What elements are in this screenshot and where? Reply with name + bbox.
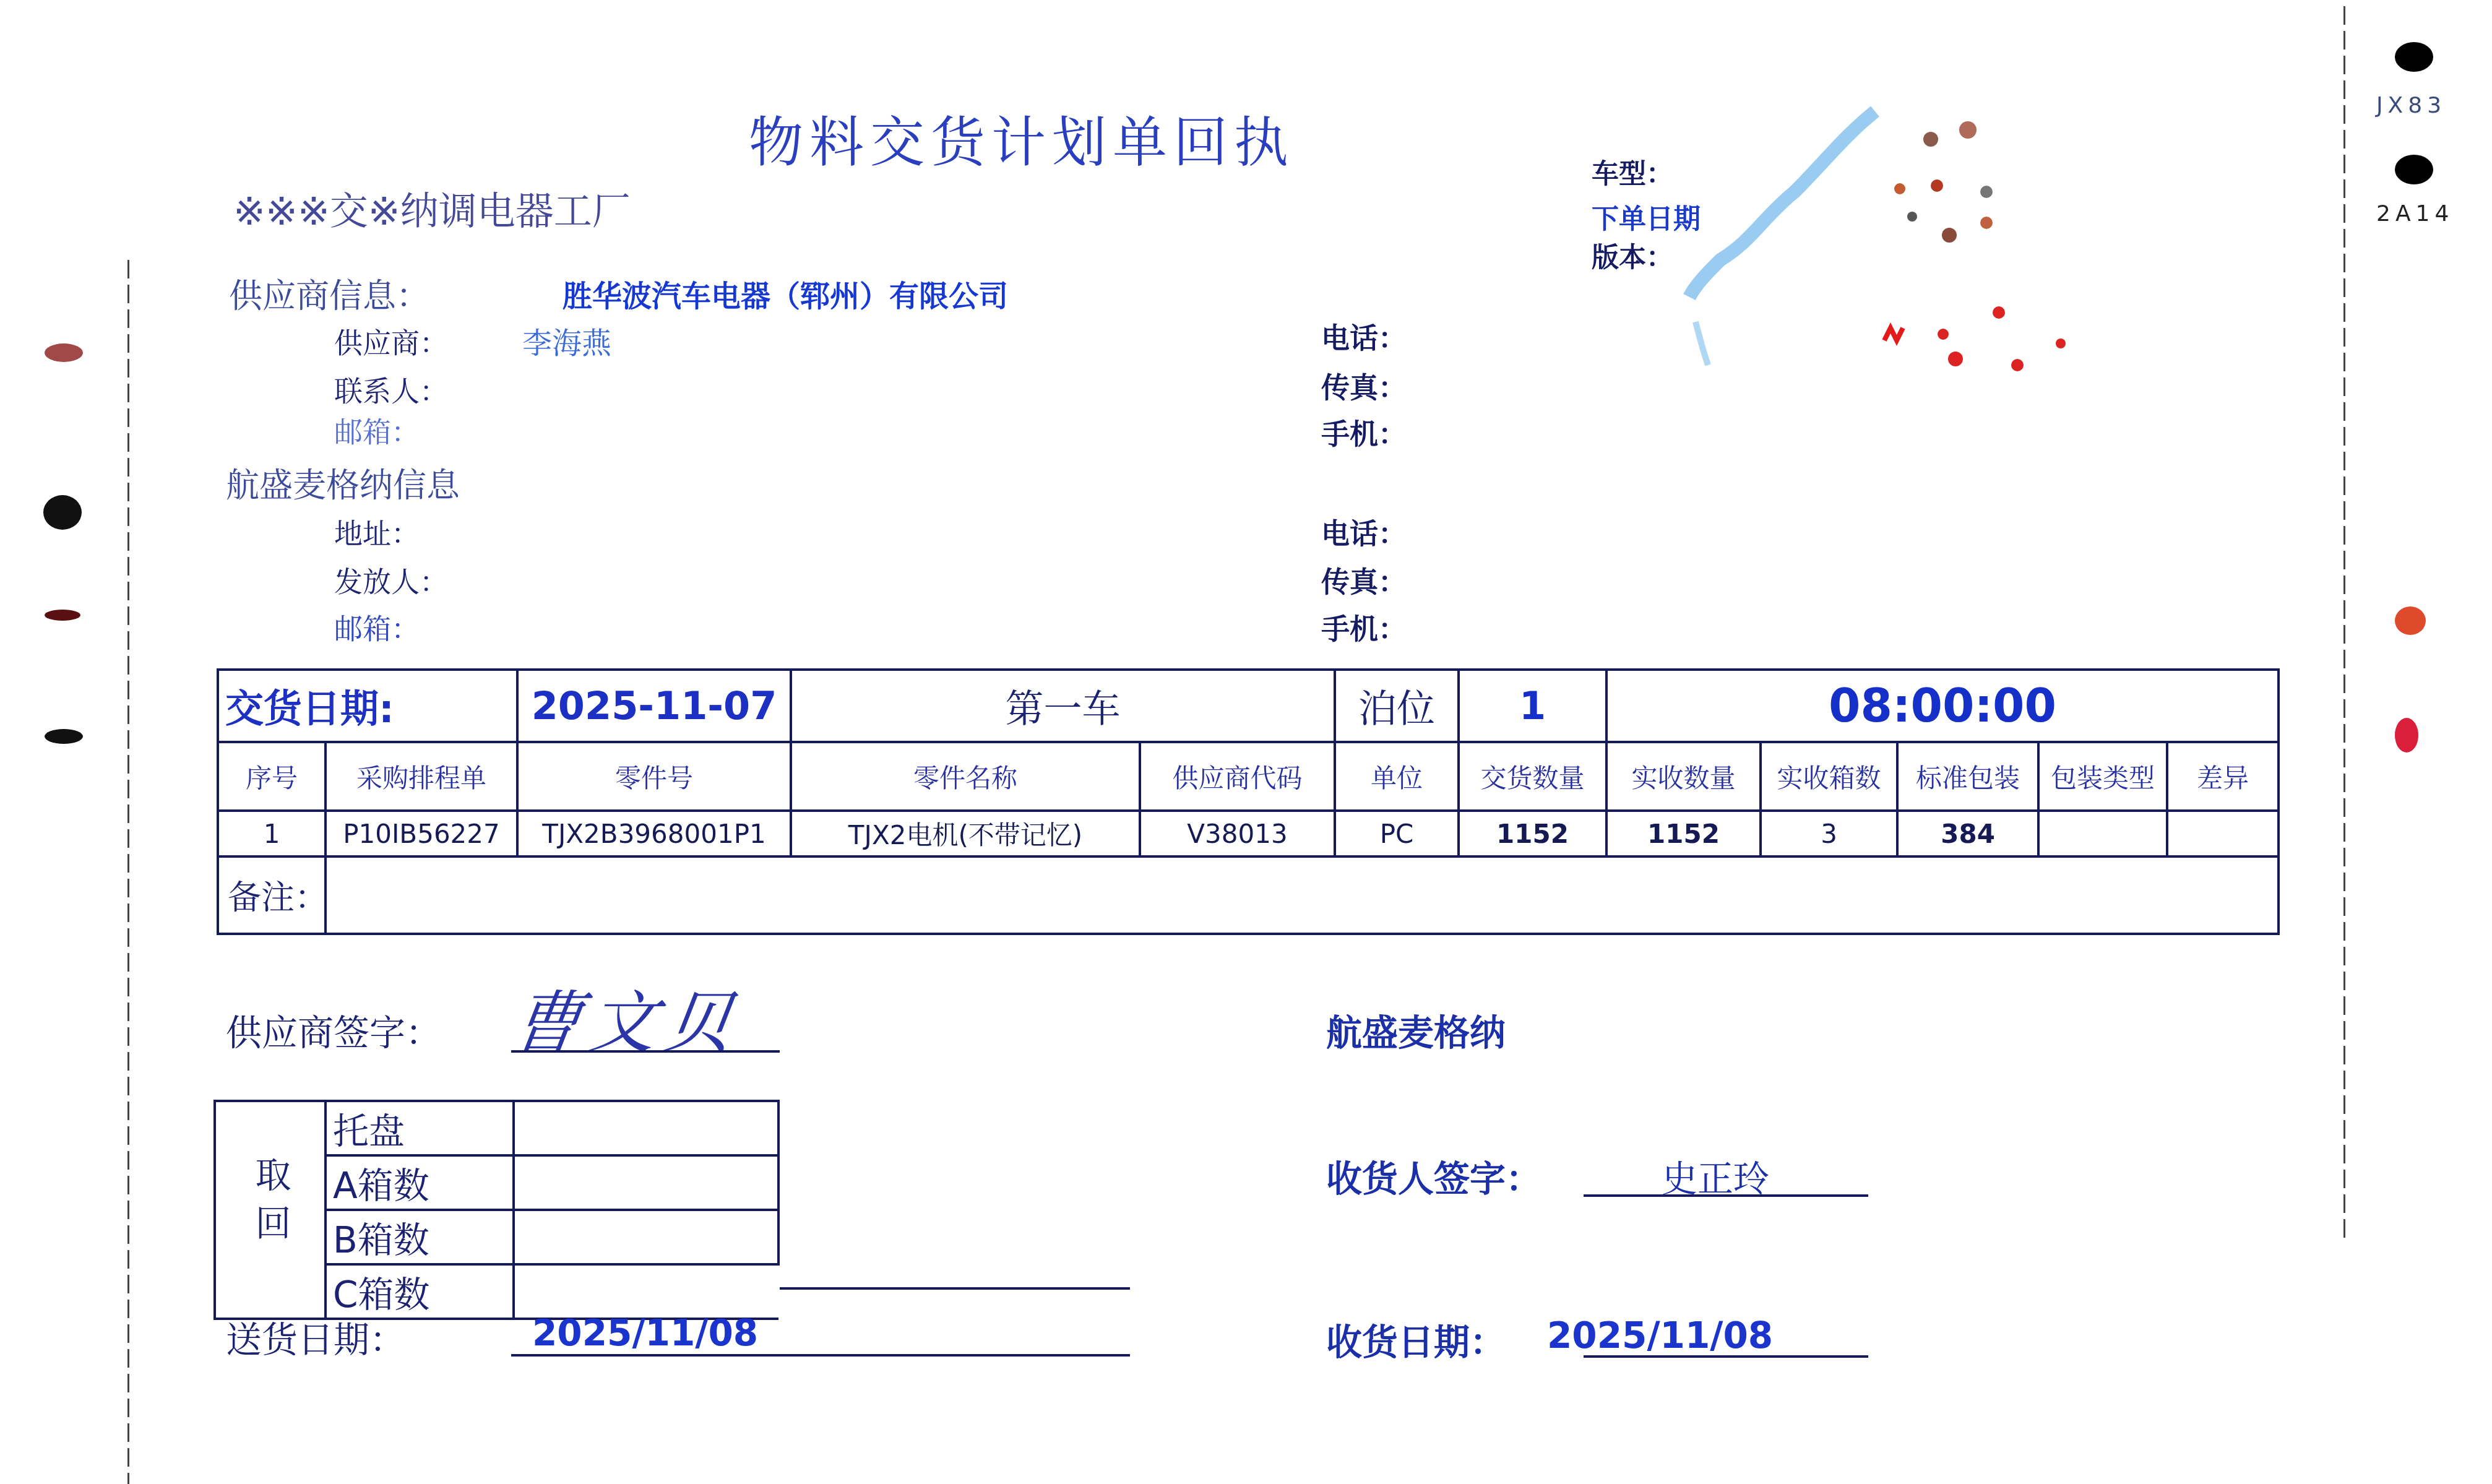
- col-header: 单位: [1335, 742, 1459, 811]
- hole-punch-icon: [2395, 606, 2426, 635]
- col-header: 供应商代码: [1140, 742, 1335, 811]
- hole-punch-icon: [43, 495, 82, 530]
- return-label: 取回: [215, 1101, 326, 1319]
- supplier-info-heading: 供应商信息：: [229, 270, 429, 317]
- return-row-value: [514, 1155, 778, 1210]
- ship-date-line: [511, 1354, 1130, 1357]
- supplier-phone-label: 电话：: [1321, 316, 1407, 356]
- delivery-time: 08:00:00: [1606, 670, 2279, 742]
- row-difference: [2167, 811, 2279, 856]
- return-row-value: [514, 1210, 778, 1264]
- table-row: 1 P10IB56227 TJX2B3968001P1 TJX2电机(不带记忆)…: [218, 811, 2279, 856]
- return-bottom-line: [780, 1287, 1130, 1290]
- supplier-value: 李海燕: [522, 319, 611, 362]
- row-received-boxes: 3: [1761, 811, 1897, 856]
- supplier-signature-label: 供应商签字：: [226, 1004, 441, 1056]
- supplier-company-name: 胜华波汽车电器（郓州）有限公司: [563, 272, 1008, 315]
- address-label: 地址：: [334, 511, 420, 552]
- row-part-number: TJX2B3968001P1: [517, 811, 791, 856]
- email-label: 邮箱：: [334, 410, 420, 451]
- return-row-label: A箱数: [326, 1155, 514, 1210]
- right-perforation: [2343, 6, 2345, 1238]
- supplier-signature-line: [511, 1050, 780, 1053]
- document-title: 物料交货计划单回执: [749, 99, 1295, 177]
- hole-punch-icon: [45, 610, 80, 621]
- row-unit: PC: [1335, 811, 1459, 856]
- return-row-value: [514, 1101, 778, 1155]
- return-row-value: [514, 1264, 778, 1319]
- column-header-row: 序号 采购排程单 零件号 零件名称 供应商代码 单位 交货数量 实收数量 实收箱…: [218, 742, 2279, 811]
- margin-note: JX83: [2376, 93, 2446, 118]
- ink-stain-decoration: [1640, 99, 2197, 396]
- return-row-label: B箱数: [326, 1210, 514, 1264]
- delivery-date: 2025-11-07: [517, 670, 791, 742]
- truck-number: 第一车: [791, 670, 1335, 742]
- margin-note: 2A14: [2376, 201, 2454, 226]
- hole-punch-icon: [2395, 718, 2418, 753]
- remark-value: [326, 856, 2279, 934]
- version-label: 版本：: [1592, 235, 1673, 275]
- remark-row: 备注：: [218, 856, 2279, 934]
- customer-phone-label: 电话：: [1321, 511, 1407, 552]
- customer-mobile-label: 手机：: [1321, 606, 1407, 647]
- contact-label: 联系人：: [334, 369, 448, 410]
- remark-label: 备注：: [218, 856, 326, 934]
- receiver-signature-label: 收货人签字：: [1326, 1150, 1541, 1202]
- row-seq: 1: [218, 811, 326, 856]
- row-supplier-code: V38013: [1140, 811, 1335, 856]
- col-header: 采购排程单: [326, 742, 517, 811]
- row-po: P10IB56227: [326, 811, 517, 856]
- supplier-label: 供应商：: [334, 321, 448, 361]
- row-standard-pack: 384: [1897, 811, 2038, 856]
- row-part-name: TJX2电机(不带记忆): [791, 811, 1140, 856]
- delivery-table: 交货日期: 2025-11-07 第一车 泊位 1 08:00:00 序号 采购…: [217, 668, 2280, 935]
- berth-value: 1: [1459, 670, 1606, 742]
- vehicle-model-label: 车型：: [1592, 152, 1673, 191]
- return-table: 取回 托盘 A箱数 B箱数 C箱数: [213, 1100, 780, 1320]
- hole-punch-icon: [45, 729, 83, 744]
- supplier-fax-label: 传真：: [1321, 365, 1407, 406]
- customer-info-heading: 航盛麦格纳信息: [226, 459, 460, 507]
- issuer-label: 发放人：: [334, 559, 448, 600]
- col-header: 实收箱数: [1761, 742, 1897, 811]
- row-delivery-qty: 1152: [1459, 811, 1606, 856]
- customer-fax-label: 传真：: [1321, 559, 1407, 600]
- col-header: 包装类型: [2038, 742, 2167, 811]
- col-header: 标准包装: [1897, 742, 2038, 811]
- return-row-label: 托盘: [326, 1101, 514, 1155]
- delivery-date-label: 交货日期:: [218, 670, 517, 742]
- delivery-header-row: 交货日期: 2025-11-07 第一车 泊位 1 08:00:00: [218, 670, 2279, 742]
- receive-date-label: 收货日期：: [1326, 1313, 1506, 1365]
- left-perforation: [127, 260, 129, 1484]
- customer-email-label: 邮箱：: [334, 606, 420, 647]
- receive-date: 2025/11/08: [1547, 1314, 1773, 1357]
- berth-label: 泊位: [1335, 670, 1459, 742]
- col-header: 序号: [218, 742, 326, 811]
- hole-punch-icon: [45, 343, 83, 362]
- col-header: 零件名称: [791, 742, 1140, 811]
- hole-punch-icon: [2395, 155, 2433, 184]
- row-pack-type: [2038, 811, 2167, 856]
- receiver-signature-line: [1584, 1194, 1868, 1197]
- factory-name: ※※※交※纳调电器工厂: [233, 181, 631, 236]
- row-received-qty: 1152: [1606, 811, 1761, 856]
- company-footer: 航盛麦格纳: [1326, 1004, 1506, 1056]
- col-header: 实收数量: [1606, 742, 1761, 811]
- hole-punch-icon: [2395, 42, 2433, 72]
- col-header: 零件号: [517, 742, 791, 811]
- order-date-label: 下单日期: [1592, 197, 1701, 236]
- supplier-mobile-label: 手机：: [1321, 412, 1407, 452]
- col-header: 交货数量: [1459, 742, 1606, 811]
- col-header: 差异: [2167, 742, 2279, 811]
- receive-date-line: [1584, 1355, 1868, 1358]
- ship-date: 2025/11/08: [532, 1312, 758, 1354]
- ship-date-label: 送货日期：: [226, 1311, 405, 1363]
